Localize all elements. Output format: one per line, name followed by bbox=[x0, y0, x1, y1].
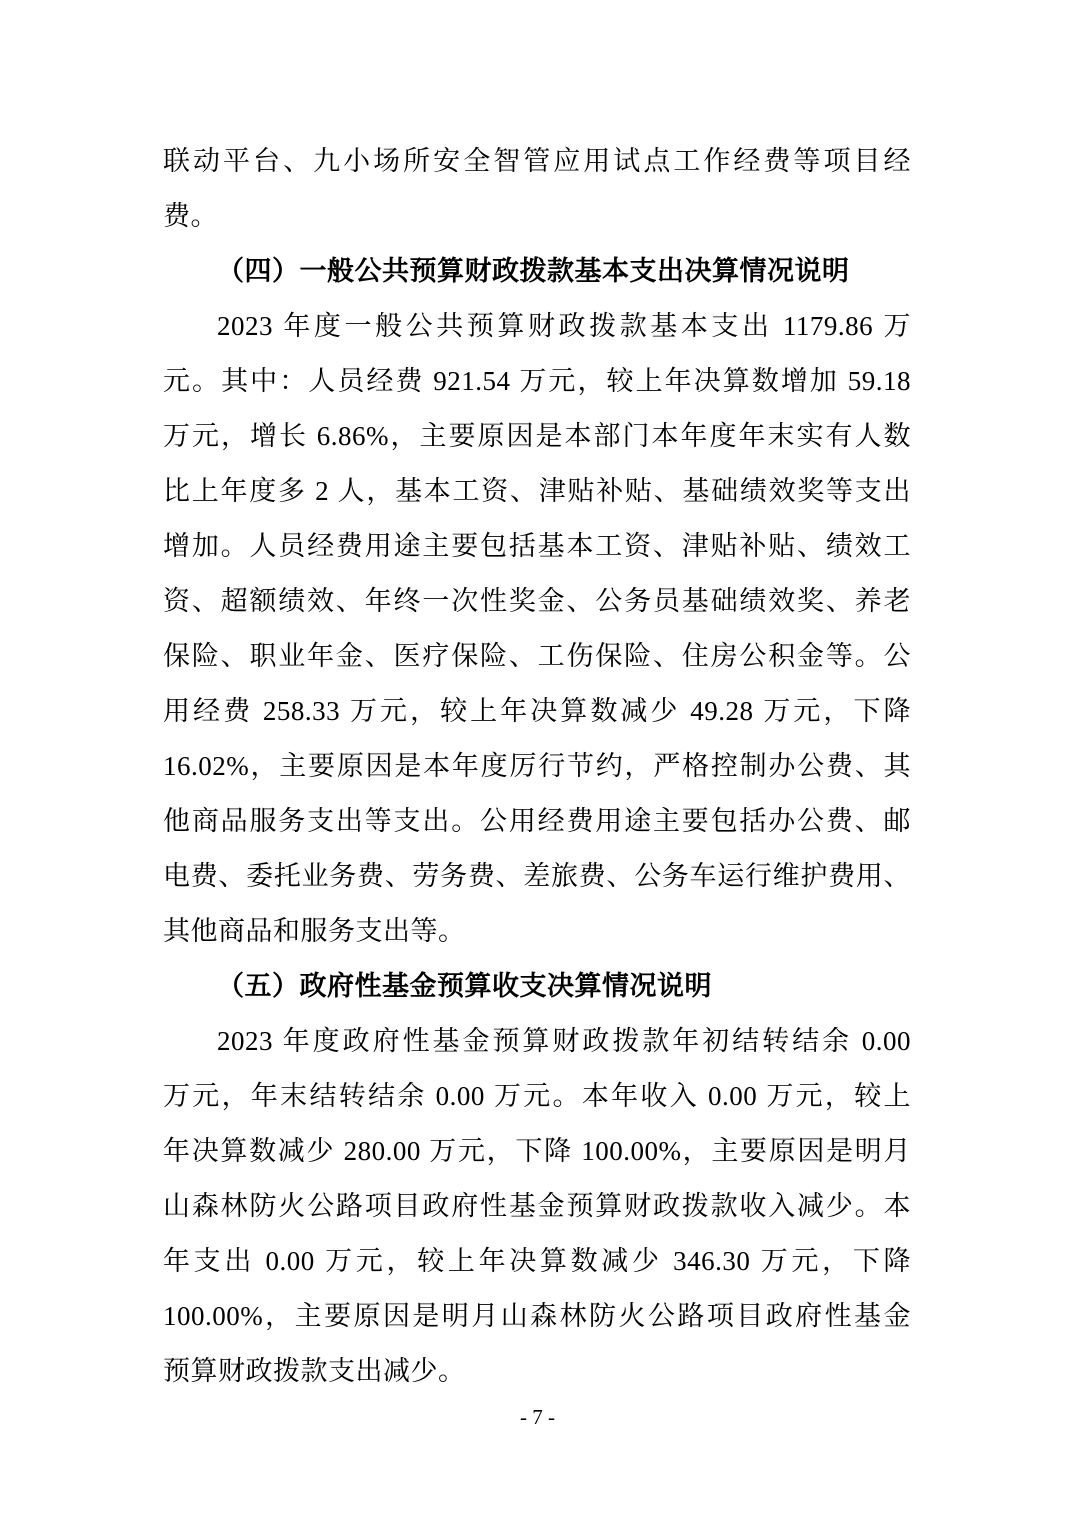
page-number: - 7 - bbox=[0, 1402, 1075, 1432]
document-page: 联动平台、九小场所安全智管应用试点工作经费等项目经费。（四）一般公共预算财政拨款… bbox=[0, 0, 1075, 1520]
text-line: 资、超额绩效、年终一次性奖金、公务员基础绩效奖、养老 bbox=[163, 574, 911, 629]
text-line: 16.02%，主要原因是本年度厉行节约，严格控制办公费、其 bbox=[163, 739, 911, 794]
text-line: 电费、委托业务费、劳务费、差旅费、公务车运行维护费用、 bbox=[163, 849, 911, 904]
text-line: 其他商品和服务支出等。 bbox=[163, 904, 911, 959]
text-line: 用经费 258.33 万元，较上年决算数减少 49.28 万元，下降 bbox=[163, 684, 911, 739]
text-line: 山森林防火公路项目政府性基金预算财政拨款收入减少。本 bbox=[163, 1179, 911, 1234]
section-heading: （四）一般公共预算财政拨款基本支出决算情况说明 bbox=[163, 244, 911, 299]
text-line: 100.00%，主要原因是明月山森林防火公路项目政府性基金 bbox=[163, 1289, 911, 1344]
text-line: （四）一般公共预算财政拨款基本支出决算情况说明 bbox=[163, 244, 911, 299]
text-line: 费。 bbox=[163, 189, 911, 244]
text-line: 他商品服务支出等支出。公用经费用途主要包括办公费、邮 bbox=[163, 794, 911, 849]
text-line: 预算财政拨款支出减少。 bbox=[163, 1344, 911, 1399]
text-line: 2023 年度一般公共预算财政拨款基本支出 1179.86 万 bbox=[163, 299, 911, 354]
text-line: 年支出 0.00 万元，较上年决算数减少 346.30 万元，下降 bbox=[163, 1234, 911, 1289]
paragraph: 2023 年度一般公共预算财政拨款基本支出 1179.86 万元。其中：人员经费… bbox=[163, 299, 911, 959]
text-line: 年决算数减少 280.00 万元，下降 100.00%，主要原因是明月 bbox=[163, 1124, 911, 1179]
text-line: 比上年度多 2 人，基本工资、津贴补贴、基础绩效奖等支出 bbox=[163, 464, 911, 519]
paragraph: 联动平台、九小场所安全智管应用试点工作经费等项目经费。 bbox=[163, 134, 911, 244]
text-line: 保险、职业年金、医疗保险、工伤保险、住房公积金等。公 bbox=[163, 629, 911, 684]
text-line: （五）政府性基金预算收支决算情况说明 bbox=[163, 959, 911, 1014]
text-line: 联动平台、九小场所安全智管应用试点工作经费等项目经 bbox=[163, 134, 911, 189]
paragraph: 2023 年度政府性基金预算财政拨款年初结转结余 0.00万元，年末结转结余 0… bbox=[163, 1014, 911, 1399]
text-line: 增加。人员经费用途主要包括基本工资、津贴补贴、绩效工 bbox=[163, 519, 911, 574]
document-content: 联动平台、九小场所安全智管应用试点工作经费等项目经费。（四）一般公共预算财政拨款… bbox=[163, 134, 911, 1399]
text-line: 元。其中：人员经费 921.54 万元，较上年决算数增加 59.18 bbox=[163, 354, 911, 409]
section-heading: （五）政府性基金预算收支决算情况说明 bbox=[163, 959, 911, 1014]
text-line: 万元，年末结转结余 0.00 万元。本年收入 0.00 万元，较上 bbox=[163, 1069, 911, 1124]
text-line: 2023 年度政府性基金预算财政拨款年初结转结余 0.00 bbox=[163, 1014, 911, 1069]
text-line: 万元，增长 6.86%，主要原因是本部门本年度年末实有人数 bbox=[163, 409, 911, 464]
